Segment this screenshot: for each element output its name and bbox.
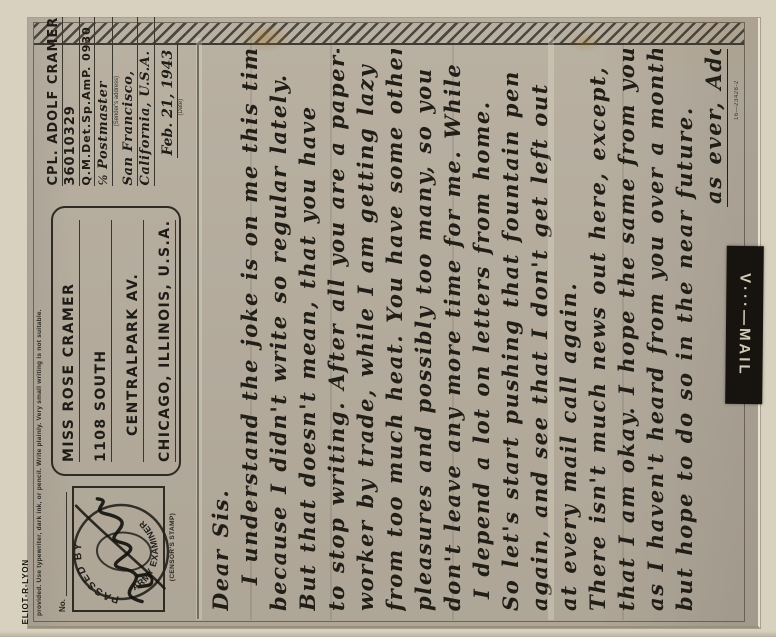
salutation: Dear Sis. bbox=[206, 49, 235, 611]
sender-address-label: (Sender's address) bbox=[113, 17, 121, 186]
sender-unit: Q.M.Det.Sp.AmP. 0930 bbox=[80, 17, 95, 186]
form-instruction-text: provided. Use typewriter, dark ink, or p… bbox=[36, 48, 43, 616]
message-line: pleasures and possibly too many, so you bbox=[409, 49, 438, 611]
photo-scan: provided. Use typewriter, dark ink, or p… bbox=[0, 0, 776, 637]
sender-serial: 36010329 bbox=[63, 17, 80, 186]
message-line: from too much heat. You have some other bbox=[380, 49, 409, 611]
message-line: again, and see that I don't get left out bbox=[525, 49, 554, 611]
vmail-stamp: V···—MAIL bbox=[725, 246, 764, 404]
address-panel: No. bbox=[45, 45, 199, 619]
stamp-passed-by-text: PASSED BY bbox=[70, 536, 122, 611]
sender-name: CPL. ADOLF CRAMER bbox=[46, 17, 63, 186]
message-line: but hope to do so in the near future. bbox=[670, 49, 699, 611]
sender-care-of: ℅ Postmaster bbox=[95, 17, 113, 186]
form-number: 16—23428-2 bbox=[734, 56, 740, 120]
signature-line: as ever, Adolf bbox=[699, 49, 728, 611]
message-line: don't leave any more time for me. While bbox=[438, 49, 467, 611]
recipient-address-box: MISS ROSE CRAMER 1108 SOUTH CENTRALPARK … bbox=[51, 206, 181, 476]
message-line: So let's start pushing that fountain pen bbox=[496, 49, 525, 611]
message-line: I understand the joke is on me this time… bbox=[235, 49, 264, 611]
censor-stamp: PASSED BY ARMY EXAMINER U bbox=[53, 481, 189, 622]
recipient-name: MISS ROSE CRAMER bbox=[60, 220, 80, 462]
message-line: But that doesn't mean, that you have bbox=[293, 49, 322, 611]
form-rotation-wrapper: provided. Use typewriter, dark ink, or p… bbox=[33, 22, 745, 622]
svg-text:PASSED BY: PASSED BY bbox=[70, 536, 122, 611]
message-line: There isn't much news out here, except, bbox=[583, 49, 612, 611]
message-line: as I haven't heard from you over a month bbox=[641, 49, 670, 611]
message-line: worker by trade, while I am getting lazy bbox=[351, 49, 380, 611]
letter-date: Feb. 21, 1943 bbox=[160, 44, 178, 158]
message-line: because I didn't write so regular lately… bbox=[264, 49, 293, 611]
recipient-street-2: CENTRALPARK AV. bbox=[124, 220, 144, 462]
sender-address-block: CPL. ADOLF CRAMER 36010329 Q.M.Det.Sp.Am… bbox=[45, 11, 197, 194]
date-row: Feb. 21, 1943 bbox=[159, 17, 177, 186]
sender-state: California, U.S.A. bbox=[138, 17, 155, 186]
censor-no-label: No. bbox=[58, 599, 67, 612]
vmail-stamp-label: V···—MAIL bbox=[735, 273, 753, 377]
sender-city: San Francisco, bbox=[121, 17, 138, 186]
message-line: that I am okay. I hope the same from you bbox=[612, 49, 641, 611]
date-label: (Date) bbox=[177, 17, 185, 186]
letter-body: Dear Sis. I understand the joke is on me… bbox=[206, 49, 728, 611]
vmail-photograph: provided. Use typewriter, dark ink, or p… bbox=[28, 18, 760, 628]
recipient-street-1: 1108 SOUTH bbox=[92, 220, 112, 462]
printer-credit: ELIOT-R-LYON bbox=[21, 546, 30, 637]
censor-section: No. bbox=[45, 478, 197, 619]
signature: as ever, Adolf bbox=[701, 49, 728, 207]
censor-stamp-box: PASSED BY ARMY EXAMINER U bbox=[72, 486, 165, 612]
message-line: I depend a lot on letters from home. bbox=[467, 49, 496, 611]
recipient-city: CHICAGO, ILLINOIS, U.S.A. bbox=[156, 220, 176, 462]
message-line: to stop writing. After all you are a pap… bbox=[322, 49, 351, 611]
vmail-form: provided. Use typewriter, dark ink, or p… bbox=[33, 22, 745, 622]
message-line: at every mail call again. bbox=[554, 49, 583, 611]
